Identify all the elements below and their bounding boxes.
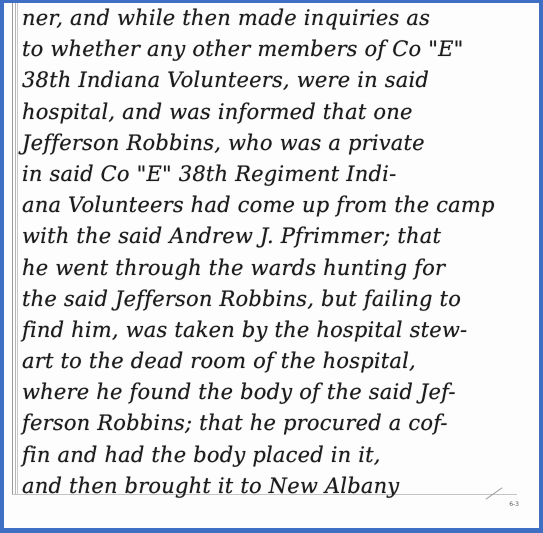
- margin-rule-line: [17, 3, 18, 495]
- handwritten-text-block: ner, and while then made inquiries as to…: [22, 3, 525, 502]
- text-line: and then brought it to New Albany: [22, 471, 525, 502]
- text-line: with the said Andrew J. Pfrimmer; that: [22, 221, 525, 252]
- page-mark: 6-3: [509, 501, 519, 508]
- text-line: ferson Robbins; that he procured a cof-: [22, 408, 525, 439]
- text-line: 38th Indiana Volunteers, were in said: [22, 65, 525, 96]
- text-line: ana Volunteers had come up from the camp: [22, 190, 525, 221]
- text-line: find him, was taken by the hospital stew…: [22, 315, 525, 346]
- margin-rule-line: [12, 3, 13, 495]
- text-line: fin and had the body placed in it,: [22, 440, 525, 471]
- document-page: ner, and while then made inquiries as to…: [4, 3, 539, 528]
- text-line: ner, and while then made inquiries as: [22, 3, 525, 34]
- text-line: art to the dead room of the hospital,: [22, 346, 525, 377]
- text-line: to whether any other members of Co "E": [22, 34, 525, 65]
- text-line: where he found the body of the said Jef-: [22, 377, 525, 408]
- text-line: in said Co "E" 38th Regiment Indi-: [22, 159, 525, 190]
- text-line: Jefferson Robbins, who was a private: [22, 128, 525, 159]
- text-line: he went through the wards hunting for: [22, 253, 525, 284]
- text-line: hospital, and was informed that one: [22, 97, 525, 128]
- text-line: the said Jefferson Robbins, but failing …: [22, 284, 525, 315]
- margin-rule-line: [15, 3, 16, 495]
